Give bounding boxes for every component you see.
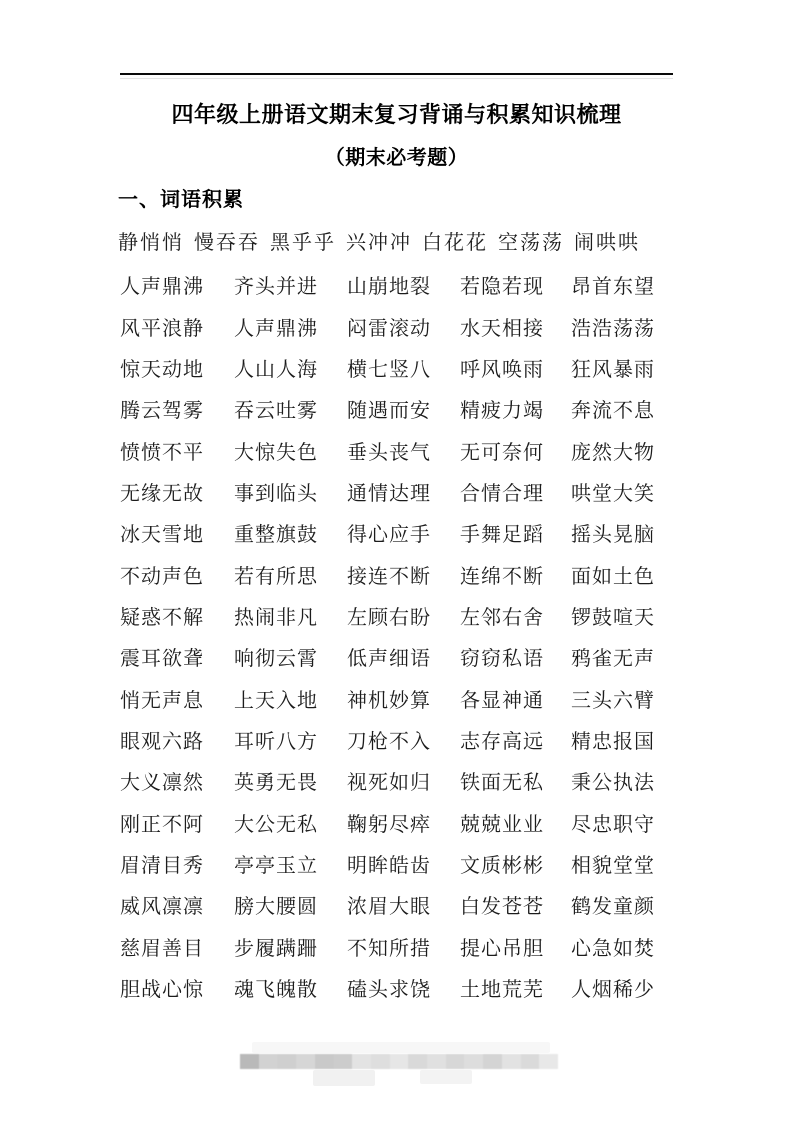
idiom-cell: 呼风唤雨: [460, 353, 571, 382]
idiom-cell: 水天相接: [460, 312, 571, 341]
idiom-cell: 奔流不息: [571, 394, 676, 423]
watermark-block: [502, 1054, 521, 1069]
idiom-cell: 庞然大物: [571, 436, 676, 465]
word-item: 静悄悄: [118, 231, 184, 255]
idiom-cell: 吞云吐雾: [234, 394, 347, 423]
idiom-cell: 相貌堂堂: [571, 849, 676, 878]
watermark-block: [390, 1054, 409, 1069]
idiom-cell: 横七竖八: [347, 353, 460, 382]
idiom-cell: 浩浩荡荡: [571, 312, 676, 341]
idiom-cell: 不动声色: [120, 560, 234, 589]
idiom-cell: 文质彬彬: [460, 849, 571, 878]
idiom-cell: 左顾右盼: [347, 601, 460, 630]
idiom-cell: 重整旗鼓: [234, 518, 347, 547]
idiom-cell: 刀枪不入: [347, 725, 460, 754]
idiom-cell: 腾云驾雾: [120, 394, 234, 423]
idiom-cell: 神机妙算: [347, 684, 460, 713]
idiom-cell: 心急如焚: [571, 932, 676, 961]
watermark-ghost: [313, 1070, 375, 1086]
idiom-cell: 震耳欲聋: [120, 642, 234, 671]
idiom-cell: 铁面无私: [460, 766, 571, 795]
watermark-block: [259, 1054, 278, 1069]
idiom-cell: 冰天雪地: [120, 518, 234, 547]
idiom-cell: 上天入地: [234, 684, 347, 713]
idiom-cell: 惊天动地: [120, 353, 234, 382]
idiom-cell: 志存高远: [460, 725, 571, 754]
header-rule: [120, 73, 673, 75]
idiom-cell: 愤愤不平: [120, 436, 234, 465]
watermark-block: [483, 1054, 502, 1069]
idiom-cell: 磕头求饶: [347, 973, 460, 1002]
idiom-cell: 响彻云霄: [234, 642, 347, 671]
idiom-cell: 若隐若现: [460, 270, 571, 299]
idiom-cell: 事到临头: [234, 477, 347, 506]
idiom-cell: 耳听八方: [234, 725, 347, 754]
watermark-block: [352, 1054, 371, 1069]
document-page: 四年级上册语文期末复习背诵与积累知识梳理 （期末必考题） 一、词语积累 静悄悄慢…: [0, 0, 793, 1122]
idiom-cell: 明眸皓齿: [347, 849, 460, 878]
idiom-cell: 兢兢业业: [460, 808, 571, 837]
idiom-cell: 悄无声息: [120, 684, 234, 713]
idiom-cell: 刚正不阿: [120, 808, 234, 837]
idiom-cell: 人山人海: [234, 353, 347, 382]
idiom-cell: 威风凛凛: [120, 890, 234, 919]
idiom-cell: 得心应手: [347, 518, 460, 547]
idiom-cell: 白发苍苍: [460, 890, 571, 919]
idiom-cell: 无可奈何: [460, 436, 571, 465]
idiom-cell: 眼观六路: [120, 725, 234, 754]
idiom-cell: 魂飞魄散: [234, 973, 347, 1002]
idiom-cell: 提心吊胆: [460, 932, 571, 961]
idiom-cell: 热闹非凡: [234, 601, 347, 630]
idiom-cell: 胆战心惊: [120, 973, 234, 1002]
watermark-block: [408, 1054, 427, 1069]
document-title: 四年级上册语文期末复习背诵与积累知识梳理: [120, 101, 673, 129]
idiom-cell: 面如土色: [571, 560, 676, 589]
idiom-cell: 鸦雀无声: [571, 642, 676, 671]
idiom-cell: 鞠躬尽瘁: [347, 808, 460, 837]
idiom-cell: 各显神通: [460, 684, 571, 713]
idiom-cell: 齐头并进: [234, 270, 347, 299]
watermark-block: [296, 1054, 315, 1069]
idiom-cell: 三头六臂: [571, 684, 676, 713]
idiom-cell: 眉清目秀: [120, 849, 234, 878]
idiom-cell: 膀大腰圆: [234, 890, 347, 919]
watermark-block: [464, 1054, 483, 1069]
idiom-cell: 鹤发童颜: [571, 890, 676, 919]
idiom-cell: 精忠报国: [571, 725, 676, 754]
word-row: 静悄悄慢吞吞黑乎乎兴冲冲白花花空荡荡闹哄哄: [118, 231, 640, 255]
idiom-cell: 若有所思: [234, 560, 347, 589]
idiom-cell: 人烟稀少: [571, 973, 676, 1002]
idiom-cell: 通情达理: [347, 477, 460, 506]
word-item: 闹哄哄: [574, 231, 640, 255]
idiom-cell: 左邻右舍: [460, 601, 571, 630]
idiom-cell: 尽忠职守: [571, 808, 676, 837]
idiom-cell: 闷雷滚动: [347, 312, 460, 341]
watermark-block: [277, 1054, 296, 1069]
watermark-block: [539, 1054, 558, 1069]
idiom-cell: 秉公执法: [571, 766, 676, 795]
idiom-cell: 亭亭玉立: [234, 849, 347, 878]
idiom-cell: 昂首东望: [571, 270, 676, 299]
idiom-cell: 手舞足蹈: [460, 518, 571, 547]
idiom-cell: 土地荒芜: [460, 973, 571, 1002]
idiom-cell: 视死如归: [347, 766, 460, 795]
idiom-cell: 人声鼎沸: [234, 312, 347, 341]
idiom-cell: 狂风暴雨: [571, 353, 676, 382]
idiom-cell: 慈眉善目: [120, 932, 234, 961]
idiom-cell: 疑惑不解: [120, 601, 234, 630]
section-heading: 一、词语积累: [118, 188, 244, 212]
word-item: 空荡荡: [498, 231, 564, 255]
watermark-block: [334, 1054, 353, 1069]
idiom-cell: 英勇无畏: [234, 766, 347, 795]
idiom-cell: 无缘无故: [120, 477, 234, 506]
idiom-cell: 随遇而安: [347, 394, 460, 423]
idiom-cell: 锣鼓喧天: [571, 601, 676, 630]
watermark-block: [446, 1054, 465, 1069]
watermark-block: [240, 1054, 259, 1069]
idiom-cell: 连绵不断: [460, 560, 571, 589]
watermark-ghost: [252, 1042, 550, 1053]
idiom-cell: 低声细语: [347, 642, 460, 671]
idiom-cell: 大惊失色: [234, 436, 347, 465]
idiom-cell: 垂头丧气: [347, 436, 460, 465]
idiom-cell: 大义凛然: [120, 766, 234, 795]
idiom-cell: 浓眉大眼: [347, 890, 460, 919]
watermark-block: [427, 1054, 446, 1069]
idiom-cell: 摇头晃脑: [571, 518, 676, 547]
watermark-ghost: [420, 1070, 472, 1084]
watermark-block: [371, 1054, 390, 1069]
watermark-block: [521, 1054, 540, 1069]
idiom-grid: 人声鼎沸齐头并进山崩地裂若隐若现昂首东望风平浪静人声鼎沸闷雷滚动水天相接浩浩荡荡…: [120, 264, 676, 1008]
idiom-cell: 哄堂大笑: [571, 477, 676, 506]
idiom-cell: 人声鼎沸: [120, 270, 234, 299]
idiom-cell: 大公无私: [234, 808, 347, 837]
word-item: 白花花: [422, 231, 488, 255]
document-subtitle: （期末必考题）: [120, 145, 673, 171]
idiom-cell: 精疲力竭: [460, 394, 571, 423]
idiom-cell: 不知所措: [347, 932, 460, 961]
word-item: 慢吞吞: [194, 231, 260, 255]
watermark-redacted-bar: [240, 1054, 558, 1069]
idiom-cell: 山崩地裂: [347, 270, 460, 299]
watermark-block: [315, 1054, 334, 1069]
idiom-cell: 风平浪静: [120, 312, 234, 341]
idiom-cell: 接连不断: [347, 560, 460, 589]
word-item: 黑乎乎: [270, 231, 336, 255]
idiom-cell: 步履蹒跚: [234, 932, 347, 961]
idiom-cell: 合情合理: [460, 477, 571, 506]
idiom-cell: 窃窃私语: [460, 642, 571, 671]
word-item: 兴冲冲: [346, 231, 412, 255]
